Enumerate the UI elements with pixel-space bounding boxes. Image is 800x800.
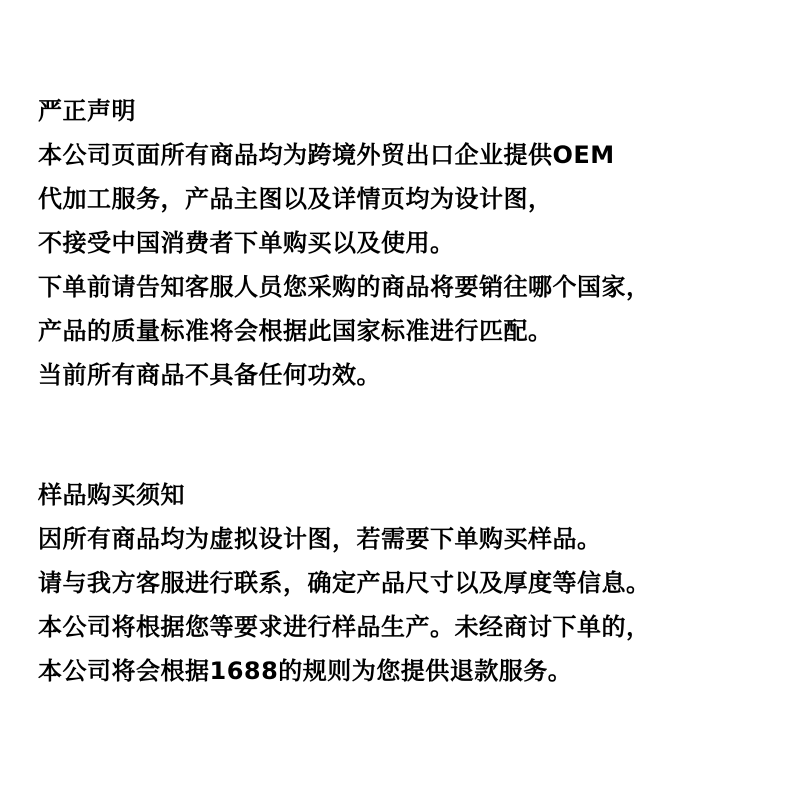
statement-line: 代加工服务，产品主图以及详情页均为设计图，: [38, 177, 651, 221]
notice-line: 本公司将根据您等要求进行样品生产。未经商讨下单的，: [38, 605, 651, 649]
statement-line: 下单前请告知客服人员您采购的商品将要销往哪个国家，: [38, 265, 651, 309]
notice-line: 因所有商品均为虚拟设计图，若需要下单购买样品。: [38, 517, 651, 561]
sample-notice-section: 样品购买须知 因所有商品均为虚拟设计图，若需要下单购买样品。 请与我方客服进行联…: [38, 473, 651, 693]
notice-line: 本公司将会根据1688的规则为您提供退款服务。: [38, 649, 651, 693]
section-title: 严正声明: [38, 89, 651, 133]
statement-section: 严正声明 本公司页面所有商品均为跨境外贸出口企业提供OEM 代加工服务，产品主图…: [38, 89, 651, 397]
statement-line: 不接受中国消费者下单购买以及使用。: [38, 221, 651, 265]
statement-line: 当前所有商品不具备任何功效。: [38, 353, 651, 397]
notice-line: 请与我方客服进行联系，确定产品尺寸以及厚度等信息。: [38, 561, 651, 605]
section-title: 样品购买须知: [38, 473, 651, 517]
statement-line: 本公司页面所有商品均为跨境外贸出口企业提供OEM: [38, 133, 651, 177]
statement-line: 产品的质量标准将会根据此国家标准进行匹配。: [38, 309, 651, 353]
